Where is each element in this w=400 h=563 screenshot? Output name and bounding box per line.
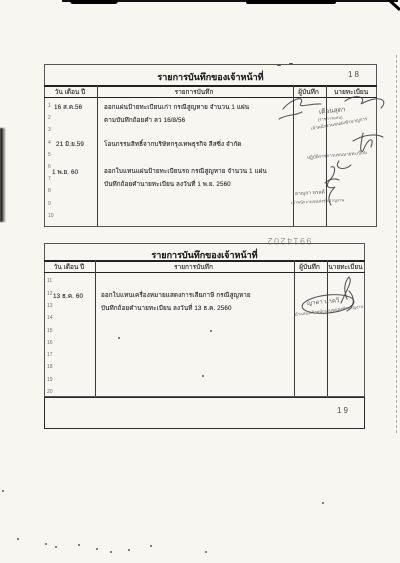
scan-top-blob-left [70,0,118,4]
row-number: 2 [48,115,58,121]
row-number: 19 [47,377,57,383]
col-header-date: วัน เดือน ปี [44,87,96,97]
entry-text: ออกใบแทนแผ่นป้ายทะเบียนรถ กรณีสูญหาย จำน… [104,166,267,176]
row-number: 8 [48,188,58,194]
row-number: 13 [47,303,57,309]
table-title: รายการบันทึกของเจ้าหน้าที่ [45,70,376,84]
entry-text: ออกใบแทนเครื่องหมายแสดงการเสียภาษี กรณีส… [101,290,251,300]
entry-date: 1 พ.ย. 60 [52,167,78,177]
page-footer-box: 19 [44,397,365,429]
entry-text: โอนกรรมสิทธิ์จากบริษัทกรุงเทพธุรกิจ ลีสซ… [104,139,241,149]
column-divider [95,260,96,396]
col-header-recorder: ผู้บันทึก [293,262,326,272]
row-number: 20 [47,389,57,395]
entry-text: ตามบันทึกถ้อยคำ ลว 16/8/56 [104,115,185,125]
row-number: 3 [48,127,58,133]
scan-left-smudge [0,128,6,222]
scan-top-blob-right [246,0,336,4]
officer-record-table-2: รายการบันทึกของเจ้าหน้าที่ วัน เดือน ปี … [44,243,365,397]
scan-corner-mark [387,0,400,11]
row-number: 5 [48,152,58,158]
entry-text: บันทึกถ้อยคำนายทะเบียน ลงวันที่ 1 พ.ย. 2… [104,179,231,189]
col-header-record: รายการบันทึก [94,262,293,272]
page-number-bottom: 19 [337,406,350,415]
scanned-document-page: 18 รายการบันทึกของเจ้าหน้าที่ วัน เดือน … [0,0,400,563]
entry-text: บันทึกถ้อยคำนายทะเบียน ลงวันที่ 13 ธ.ค. … [101,303,232,313]
row-number: 17 [47,352,57,358]
col-header-date: วัน เดือน ปี [44,262,94,272]
row-number: 16 [47,340,57,346]
col-header-registrar: นายทะเบียน [326,262,365,272]
column-divider [294,260,295,396]
table-header-row: วัน เดือน ปี รายการบันทึก ผู้บันทึก นายท… [44,260,365,273]
entry-date: 21 มิ.ย.59 [56,139,84,149]
row-number: 10 [48,213,58,219]
row-number: 14 [47,315,57,321]
row-number: 11 [47,278,57,284]
row-number: 15 [47,328,57,334]
officer-record-table-1: รายการบันทึกของเจ้าหน้าที่ วัน เดือน ปี … [44,64,377,227]
entry-date: 16 ส.ค.56 [54,102,82,112]
entry-text: ออกแผ่นป้ายทะเบียนเก่า กรณีสูญหาย จำนวน … [104,102,249,112]
entry-date: 13 ธ.ค. 60 [53,291,83,301]
row-number: 18 [47,364,57,370]
row-number: 9 [48,201,58,207]
col-header-record: รายการบันทึก [96,87,292,97]
column-divider [97,85,98,226]
